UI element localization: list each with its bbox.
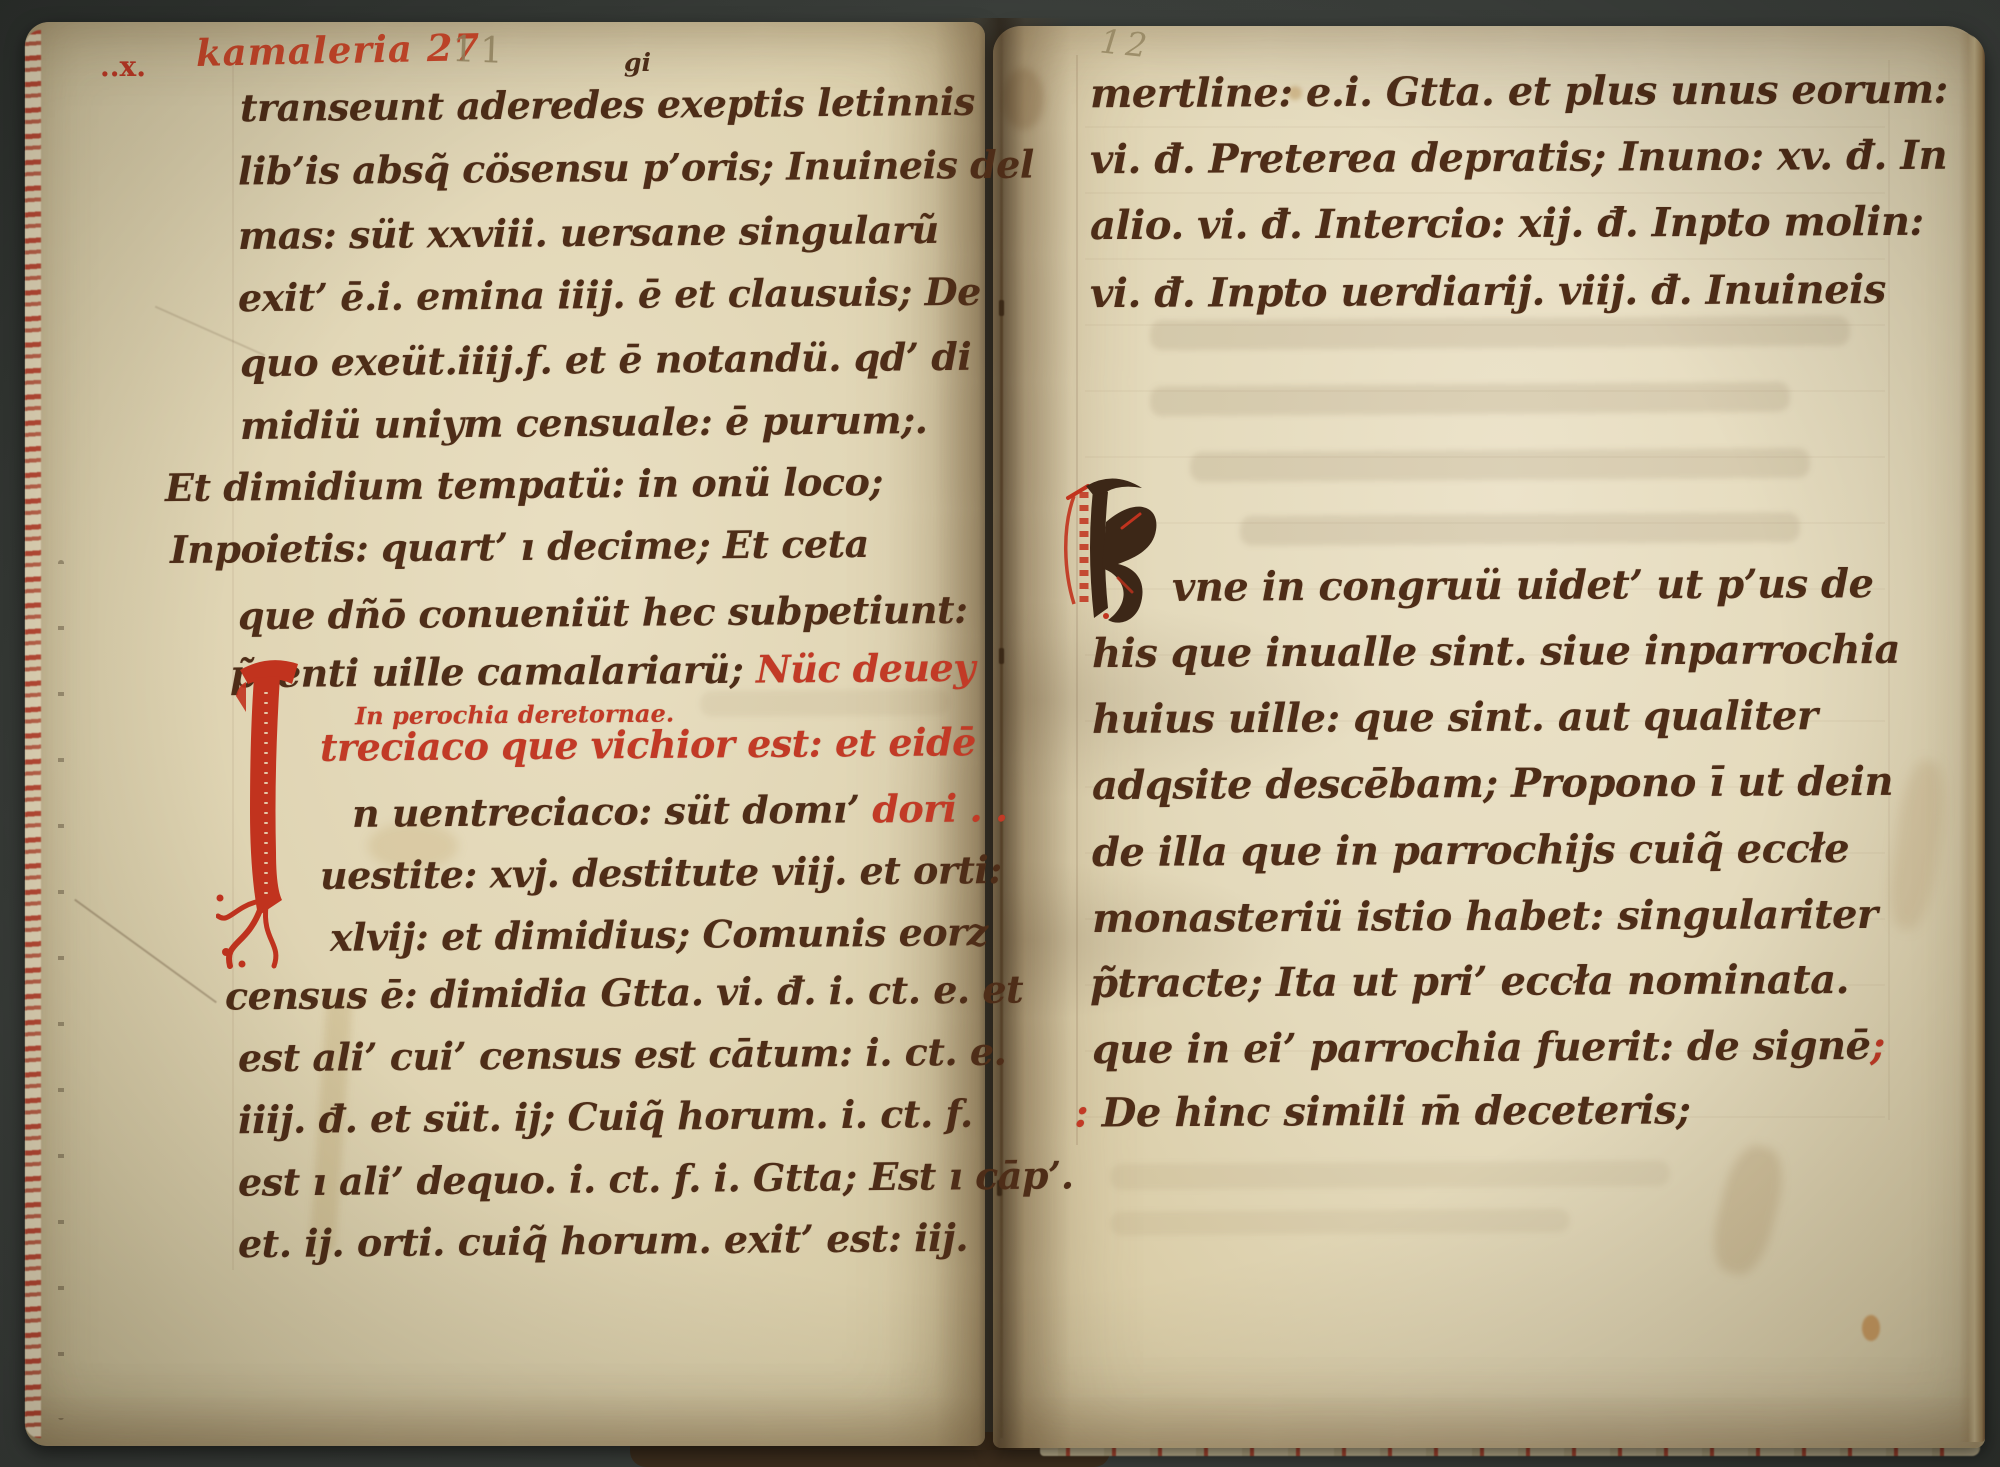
text-line: que dñō conueniüt hec subpetiunt:: [238, 587, 968, 638]
folio-number-left: 11: [451, 29, 508, 72]
margin-mark: ..x.: [100, 50, 146, 83]
ink-text: que dñō conueniüt hec subpetiunt:: [238, 587, 968, 638]
text-line: iiij. đ. et süt. ij; Cuiq̃ horum. i. ct.…: [238, 1091, 973, 1142]
text-line: est ali’ cui’ census est cātum: i. ct. e…: [238, 1029, 1007, 1081]
ink-text: uestite: xvj. destitute viij. et orti:: [320, 847, 1002, 898]
text-line: Inpoietis: quart’ ı decime; Et ceta: [170, 521, 869, 572]
ink-text: de illa que in parrochijs cuiq̃ eccłe: [1092, 825, 1849, 876]
ink-text: census ē: dimidia Gtta. vi. đ. i. ct. e.…: [225, 967, 1023, 1019]
show-through-line: [1190, 448, 1810, 482]
ink-text: est ali’ cui’ census est cātum: i. ct. e…: [238, 1029, 1007, 1081]
text-line: quo exeüt.iiij.f. et ē notandü. qd’ di: [240, 334, 972, 385]
text-line: exit’ ē.i. emina iiij. ē et clausuis; De: [238, 269, 981, 320]
text-line: midiü uniym censuale: ē purum;.: [240, 397, 928, 448]
text-line: n uentreciaco: süt domı’ dori . .: [352, 785, 1008, 836]
text-line: monasteriü istio habet: singulariter: [1092, 891, 1878, 942]
ink-text: xlvij: et dimidius; Comunis eorz: [330, 909, 988, 960]
ink-text: mas: süt xxviii. uersane singularũ: [238, 207, 939, 258]
pricking-holes: [58, 560, 64, 1420]
ink-text: que in ei’ parrochia fuerit: de signē: [1092, 1022, 1871, 1073]
rubric-text: :: [1074, 1089, 1102, 1136]
ink-text: iiij. đ. et süt. ij; Cuiq̃ horum. i. ct.…: [238, 1091, 973, 1142]
text-line: vi. đ. Inpto uerdiarij. viij. đ. Inuinei…: [1090, 266, 1886, 317]
ink-text: p̃tracte; Ita ut pri’ eccła nominata.: [1090, 956, 1849, 1007]
rubric-text: treciaco que vichior est: et eidē: [320, 719, 976, 770]
text-line: est ı ali’ dequo. i. ct. f. i. Gtta; Est…: [238, 1152, 1074, 1204]
text-line: alio. vi. đ. Intercio: xij. đ. Inpto mol…: [1090, 198, 1924, 249]
illuminated-initial-I: [216, 652, 328, 974]
ink-text: Et dimidium tempatü: in onü loco;: [165, 459, 883, 510]
ink-text: mertline: e.i. Gtta. et plus unus eorum:: [1090, 66, 1948, 117]
ink-text: vne in congruü uidet’ ut p’us de: [1172, 560, 1874, 611]
ink-text: his que inualle sint. siue inparrochia: [1092, 626, 1900, 677]
show-through-line: [1240, 512, 1800, 546]
rubric-text: Nüc deuey: [756, 645, 975, 692]
ink-text: vi. đ. Inpto uerdiarij. viij. đ. Inuinei…: [1090, 266, 1886, 317]
text-line: vi. đ. Preterea depratis; Inuno: xv. đ. …: [1090, 132, 1947, 183]
page-stack-edge: [1959, 32, 1985, 1442]
ink-text: est ı ali’ dequo. i. ct. f. i. Gtta; Est…: [238, 1152, 1074, 1204]
ink-text: huius uille: que sint. aut qualiter: [1092, 692, 1818, 743]
text-line: his que inualle sint. siue inparrochia: [1092, 626, 1900, 677]
ink-text: Inpoietis: quart’ ı decime; Et ceta: [170, 521, 869, 572]
ink-text: et. ij. orti. cuiq̃ horum. exit’ est: ii…: [238, 1215, 968, 1266]
show-through-line: [1150, 316, 1850, 351]
text-line: vne in congruü uidet’ ut p’us de: [1172, 560, 1874, 611]
text-line: huius uille: que sint. aut qualiter: [1092, 692, 1818, 743]
text-line: Et dimidium tempatü: in onü loco;: [165, 459, 883, 510]
ink-text: midiü uniym censuale: ē purum;.: [240, 397, 928, 448]
text-line: de illa que in parrochijs cuiq̃ eccłe: [1092, 825, 1849, 876]
text-line: lib’is absq̃ cösensu p’oris; Inuineis de…: [238, 142, 1034, 194]
ink-text: monasteriü istio habet: singulariter: [1092, 891, 1878, 942]
text-line: xlvij: et dimidius; Comunis eorz: [330, 909, 988, 960]
ink-text: vi. đ. Preterea depratis; Inuno: xv. đ. …: [1090, 132, 1947, 183]
rubric-text: ;: [1870, 1022, 1885, 1069]
text-line: treciaco que vichior est: et eidē: [320, 719, 976, 770]
folio-number-right: 12: [1098, 21, 1154, 65]
heading-rubric: kamaleria 27: [196, 25, 481, 75]
illuminated-initial-H: [1054, 468, 1178, 628]
text-line: et. ij. orti. cuiq̃ horum. exit’ est: ii…: [238, 1215, 968, 1266]
show-through-line: [1110, 1160, 1670, 1190]
manuscript-photo: kamaleria 27 ..x. 11 12 gi: [0, 0, 2000, 1467]
ink-text: exit’ ē.i. emina iiij. ē et clausuis; De: [238, 269, 981, 320]
text-line: uestite: xvj. destitute viij. et orti:: [320, 847, 1002, 898]
ink-text: De hinc simili m̄ deceteris;: [1102, 1086, 1691, 1136]
red-speckled-fore-edge: [25, 30, 41, 1438]
ink-text: n uentreciaco: süt domı’: [352, 786, 873, 836]
text-line: transeunt aderedes exeptis letinnis: [240, 79, 975, 130]
binding-stitch: [999, 300, 1004, 316]
text-line: : De hinc simili m̄ deceteris;: [1074, 1086, 1691, 1136]
show-through-line: [700, 689, 950, 717]
superscript-correction: gi: [624, 48, 651, 77]
text-line: adqsite descēbam; Propono ī ut dein: [1092, 758, 1893, 809]
show-through-line: [1110, 1208, 1570, 1235]
text-line: mas: süt xxviii. uersane singularũ: [238, 207, 939, 258]
text-line: p̃tracte; Ita ut pri’ eccła nominata.: [1090, 956, 1849, 1007]
text-line: que in ei’ parrochia fuerit: de signē;: [1092, 1022, 1885, 1073]
ink-text: quo exeüt.iiij.f. et ē notandü. qd’ di: [240, 334, 972, 385]
text-line: mertline: e.i. Gtta. et plus unus eorum:: [1090, 66, 1948, 117]
text-line: census ē: dimidia Gtta. vi. đ. i. ct. e.…: [225, 967, 1023, 1019]
text-line: p̃senti uille camalariarü; Nüc deuey: [230, 645, 975, 696]
binding-stitch: [999, 648, 1004, 664]
ink-text: adqsite descēbam; Propono ī ut dein: [1092, 758, 1893, 809]
ink-text: lib’is absq̃ cösensu p’oris; Inuineis de…: [238, 142, 1034, 194]
rubric-text: dori . .: [872, 785, 1008, 831]
ink-text: transeunt aderedes exeptis letinnis: [240, 79, 975, 130]
ink-text: alio. vi. đ. Intercio: xij. đ. Inpto mol…: [1090, 198, 1924, 249]
show-through-line: [1150, 382, 1790, 416]
